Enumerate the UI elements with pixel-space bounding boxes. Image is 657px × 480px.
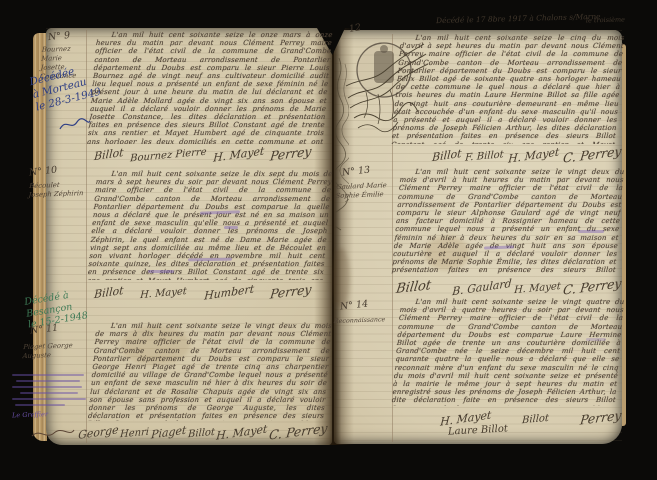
top-annotation-fragment: le troisième: [586, 15, 625, 24]
signature: F. Billot: [465, 149, 504, 163]
signature-row-entry13: B. Gaulard H. Mayet C. Perrey: [452, 278, 622, 294]
greffier-signature-squiggle: [30, 426, 76, 442]
purple-underline-mark: [578, 230, 604, 233]
signature: H. Mayet: [514, 281, 561, 296]
gutter-stain: [332, 248, 350, 308]
margin-name-entry9-line1: Bournez Marie: [41, 44, 88, 64]
signature-row-entry10: Billot H. Mayet Humbert Perrey: [94, 283, 312, 299]
vertical-margin-handwriting: [335, 56, 349, 246]
signature: Billot: [94, 284, 124, 301]
page-edge-right: [622, 44, 626, 426]
purple-underline-mark: [148, 270, 174, 273]
signature-row-entry14: H. Mayet Billot Perrey: [440, 407, 622, 425]
signature: Billot: [94, 146, 124, 163]
signature: Henri: [120, 427, 150, 441]
signature: Billot: [522, 413, 549, 426]
signature: Billot: [432, 147, 462, 164]
marriage-mention-stamp: Le Greffier: [12, 370, 90, 418]
margin-number-entry12: 12: [348, 22, 362, 35]
signature: Perrey: [270, 143, 313, 163]
act-body-entry10: L'an mil huit cent soixante seize le dix…: [87, 170, 333, 280]
act-body-entry12: L'an mil huit cent soixante seize le cin…: [391, 34, 625, 144]
signature: Billot: [187, 427, 214, 440]
death-annotation-top-right-page: Décédé le 17 8bre 1917 à Chalons s/Marne: [436, 12, 601, 25]
margin-name-entry13-line2: Sophie Émilie: [335, 190, 390, 201]
act-body-entry13: L'an mil huit cent soixante seize le vin…: [391, 168, 624, 274]
act-body-entry9: L'an mil huit cent soixante seize le onz…: [87, 31, 333, 144]
signature: Perrey: [580, 407, 623, 427]
signature-row-entry12: Billot F. Billot H. Mayet C. Perrey: [432, 146, 622, 162]
paraph-blue-ink: [58, 116, 92, 134]
signature: Perrey: [270, 281, 313, 301]
signature: Piaget: [150, 423, 186, 441]
purple-smudge: [586, 338, 606, 341]
act-body-entry14: L'an mil huit cent soixante seize le vin…: [391, 298, 624, 406]
signature-row-entry11: George Henri Piaget Billot H. Mayet C. P…: [78, 423, 328, 439]
mention-stamp-greffier-label: Le Greffier: [12, 409, 90, 420]
purple-underline-mark: [224, 226, 238, 229]
margin-number-entry9: N° 9: [47, 30, 70, 43]
signature: H. Mayet: [140, 286, 187, 301]
act-body-entry11: L'an mil huit cent soixante seize le vin…: [88, 322, 333, 421]
signature-row-entry9: Billot Bournez Pierre H. Mayet Perrey: [94, 145, 312, 161]
